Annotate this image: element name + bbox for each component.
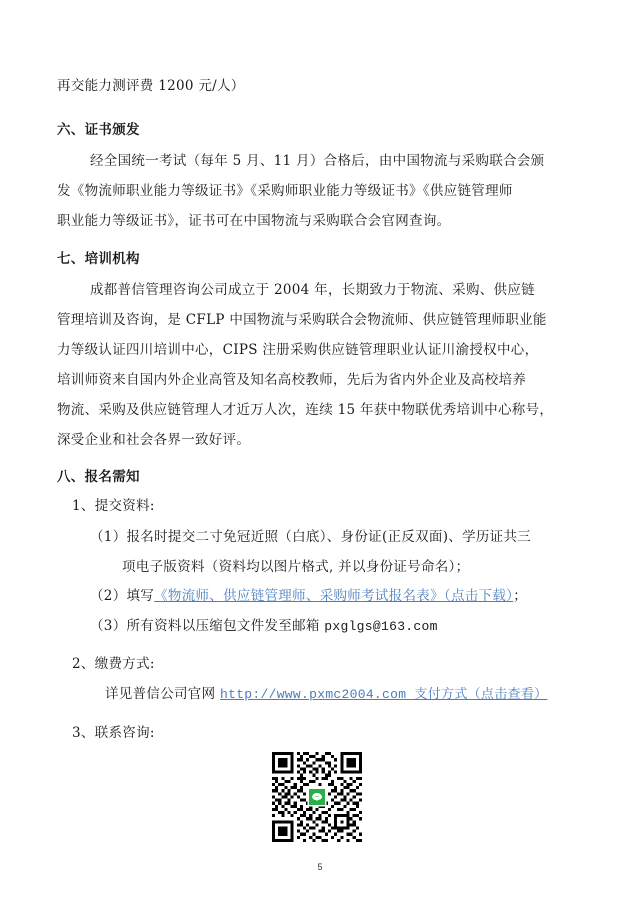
section-7-line-1: 成都普信管理咨询公司成立于 2004 年，长期致力于物流、采购、供应链 xyxy=(90,280,535,300)
item-2-prefix: 详见普信公司官网 xyxy=(105,686,220,702)
item-1-sub-2-prefix: （2）填写 xyxy=(90,588,154,604)
section-7-line-6: 深受企业和社会各界一致好评。 xyxy=(57,430,250,450)
item-3-label: 3、联系咨询: xyxy=(72,723,155,743)
item-1-label: 1、提交资料: xyxy=(72,496,155,516)
item-1-sub-3-prefix: （3）所有资料以压缩包文件发至邮箱 xyxy=(90,618,324,634)
section-6-heading: 六、证书颁发 xyxy=(57,120,140,140)
item-1-sub-3: （3）所有资料以压缩包文件发至邮箱 pxglgs@163.com xyxy=(90,616,438,637)
page-number: 5 xyxy=(0,862,640,872)
section-6-line-2: 发《物流师职业能力等级证书》《采购师职业能力等级证书》《供应链管理师 xyxy=(57,181,513,201)
section-7-heading: 七、培训机构 xyxy=(57,249,140,269)
fee-continuation-text: 再交能力测评费 1200 元/人） xyxy=(57,76,245,96)
section-7-line-2: 管理培训及咨询，是 CFLP 中国物流与采购联合会物流师、供应链管理师职业能 xyxy=(57,310,547,330)
item-1-sub-2: （2）填写《物流师、供应链管理师、采购师考试报名表》（点击下载）； xyxy=(90,586,527,606)
section-7-line-4: 培训师资来自国内外企业高管及知名高校教师，先后为省内外企业及高校培养 xyxy=(57,370,526,390)
section-6-line-3: 职业能力等级证书》，证书可在中国物流与采购联合会官网查询。 xyxy=(57,211,450,231)
item-1-sub-2-suffix: ； xyxy=(513,588,527,604)
item-2-label: 2、缴费方式: xyxy=(72,654,155,674)
wechat-qr-code-icon xyxy=(272,752,362,842)
payment-method-link[interactable]: http://www.pxmc2004.com 支付方式（点击查看） xyxy=(220,687,547,702)
section-7-line-3: 力等级认证四川培训中心，CIPS 注册采购供应链管理职业认证川渝授权中心， xyxy=(57,340,538,360)
registration-form-download-link[interactable]: 《物流师、供应链管理师、采购师考试报名表》（点击下载） xyxy=(154,588,513,604)
section-6-line-1: 经全国统一考试（每年 5 月、11 月）合格后，由中国物流与采购联合会颁 xyxy=(90,151,544,171)
section-7-line-5: 物流、采购及供应链管理人才近万人次，连续 15 年获中物联优秀培训中心称号， xyxy=(57,400,553,420)
section-8-heading: 八、报名需知 xyxy=(57,467,140,487)
item-1-sub-1-line-1: （1）报名时提交二寸免冠近照（白底）、身份证(正反双面)、学历证共三 xyxy=(90,527,531,547)
item-2-payment-line: 详见普信公司官网 http://www.pxmc2004.com 支付方式（点击… xyxy=(105,684,547,705)
item-1-sub-1-line-2: 项电子版资料（资料均以图片格式, 并以身份证号命名）； xyxy=(122,557,469,577)
email-address: pxglgs@163.com xyxy=(324,619,437,634)
